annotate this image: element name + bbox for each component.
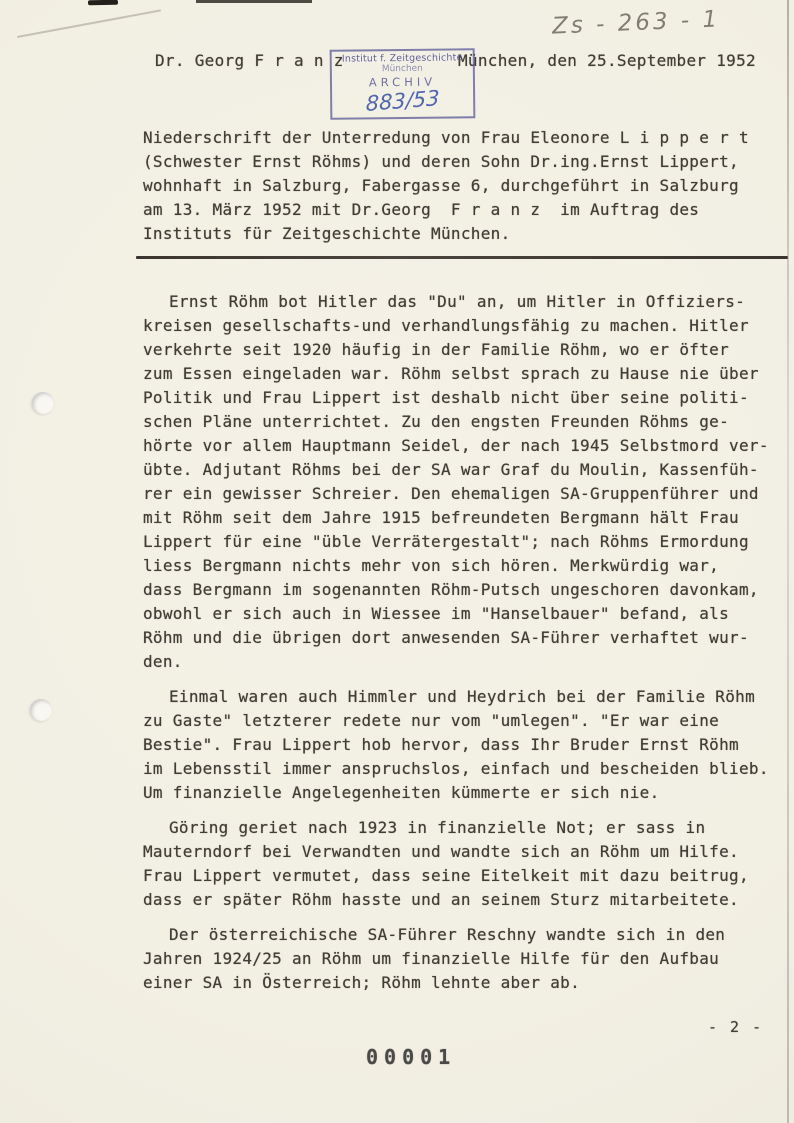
stamp-city-line: München — [332, 63, 473, 74]
text-line: Einmal waren auch Himmler und Heydrich b… — [143, 685, 769, 709]
paragraph-4: Der österreichische SA-Führer Reschny wa… — [143, 923, 769, 995]
paragraph-1: Ernst Röhm bot Hitler das "Du" an, um Hi… — [143, 290, 769, 674]
text-line: Göring geriet nach 1923 in finanzielle N… — [143, 816, 769, 840]
divider-line — [136, 256, 788, 259]
text-line: den. — [143, 650, 769, 674]
scan-artifact-top-edge — [88, 0, 118, 5]
archive-stamp: Institut f. Zeitgeschichte München ARCHI… — [330, 48, 476, 120]
text-line: dass Bergmann im sogenannten Röhm-Putsch… — [143, 578, 769, 602]
text-line: Politik und Frau Lippert ist deshalb nic… — [143, 386, 769, 410]
text-line: zum Essen eingeladen war. Röhm selbst sp… — [143, 362, 769, 386]
text-line: Ernst Röhm bot Hitler das "Du" an, um Hi… — [143, 290, 769, 314]
text-line: kreisen gesellschafts-und verhandlungsfä… — [143, 314, 769, 338]
scanned-document-page: Zs - 263 - 1 Dr. Georg F r a n z München… — [0, 0, 794, 1123]
text-line: am 13. März 1952 mit Dr.Georg F r a n z … — [143, 198, 749, 222]
text-line: Um finanzielle Angelegenheiten kümmerte … — [143, 781, 769, 805]
text-line: dass er später Röhm hasste und an seinem… — [143, 888, 769, 912]
hole-punch — [30, 699, 52, 721]
text-line: hörte vor allem Hauptmann Seidel, der na… — [143, 434, 769, 458]
scan-artifact-top-edge — [196, 0, 312, 3]
text-line: Jahren 1924/25 an Röhm um finanzielle Hi… — [143, 947, 769, 971]
text-line: Röhm und die übrigen dort anwesenden SA-… — [143, 626, 769, 650]
text-line: Frau Lippert vermutet, dass seine Eitelk… — [143, 864, 769, 888]
author-name: Dr. Georg F r a n z — [155, 51, 344, 70]
page-number: - 2 - — [708, 1018, 763, 1036]
text-line: zu Gaste" letzterer redete nur vom "umle… — [143, 709, 769, 733]
text-line: obwohl er sich auch in Wiessee im "Hanse… — [143, 602, 769, 626]
intro-paragraph: Niederschrift der Unterredung von Frau E… — [143, 126, 749, 246]
document-body: Ernst Röhm bot Hitler das "Du" an, um Hi… — [143, 290, 769, 1006]
text-line: einer SA in Österreich; Röhm lehnte aber… — [143, 971, 769, 995]
text-line: im Lebensstil immer anspruchslos, einfac… — [143, 757, 769, 781]
text-line: mit Röhm seit dem Jahre 1915 befreundete… — [143, 506, 769, 530]
paper-edge-shadow — [787, 0, 789, 1123]
text-line: wohnhaft in Salzburg, Fabergasse 6, durc… — [143, 174, 749, 198]
text-line: schen Pläne unterrichtet. Zu den engsten… — [143, 410, 769, 434]
folio-number-stamp: 00001 — [366, 1045, 456, 1069]
pencil-scratch — [17, 9, 161, 37]
text-line: übte. Adjutant Röhms bei der SA war Graf… — [143, 458, 769, 482]
text-line: Mauterndorf bei Verwandten und wandte si… — [143, 840, 769, 864]
text-line: liess Bergmann nichts mehr von sich höre… — [143, 554, 769, 578]
text-line: verkehrte seit 1920 häufig in der Famili… — [143, 338, 769, 362]
text-line: rer ein gewisser Schreier. Den ehemalige… — [143, 482, 769, 506]
text-line: Niederschrift der Unterredung von Frau E… — [143, 126, 749, 150]
dateline: München, den 25.September 1952 — [458, 51, 756, 70]
archive-reference-handwritten: Zs - 263 - 1 — [552, 6, 721, 39]
hole-punch — [32, 392, 54, 414]
paragraph-2: Einmal waren auch Himmler und Heydrich b… — [143, 685, 769, 805]
text-line: Lippert für eine "üble Verrätergestalt";… — [143, 530, 769, 554]
paragraph-3: Göring geriet nach 1923 in finanzielle N… — [143, 816, 769, 912]
text-line: Instituts für Zeitgeschichte München. — [143, 222, 749, 246]
text-line: Bestie". Frau Lippert hob hervor, dass I… — [143, 733, 769, 757]
text-line: (Schwester Ernst Röhms) und deren Sohn D… — [143, 150, 749, 174]
text-line: Der österreichische SA-Führer Reschny wa… — [143, 923, 769, 947]
